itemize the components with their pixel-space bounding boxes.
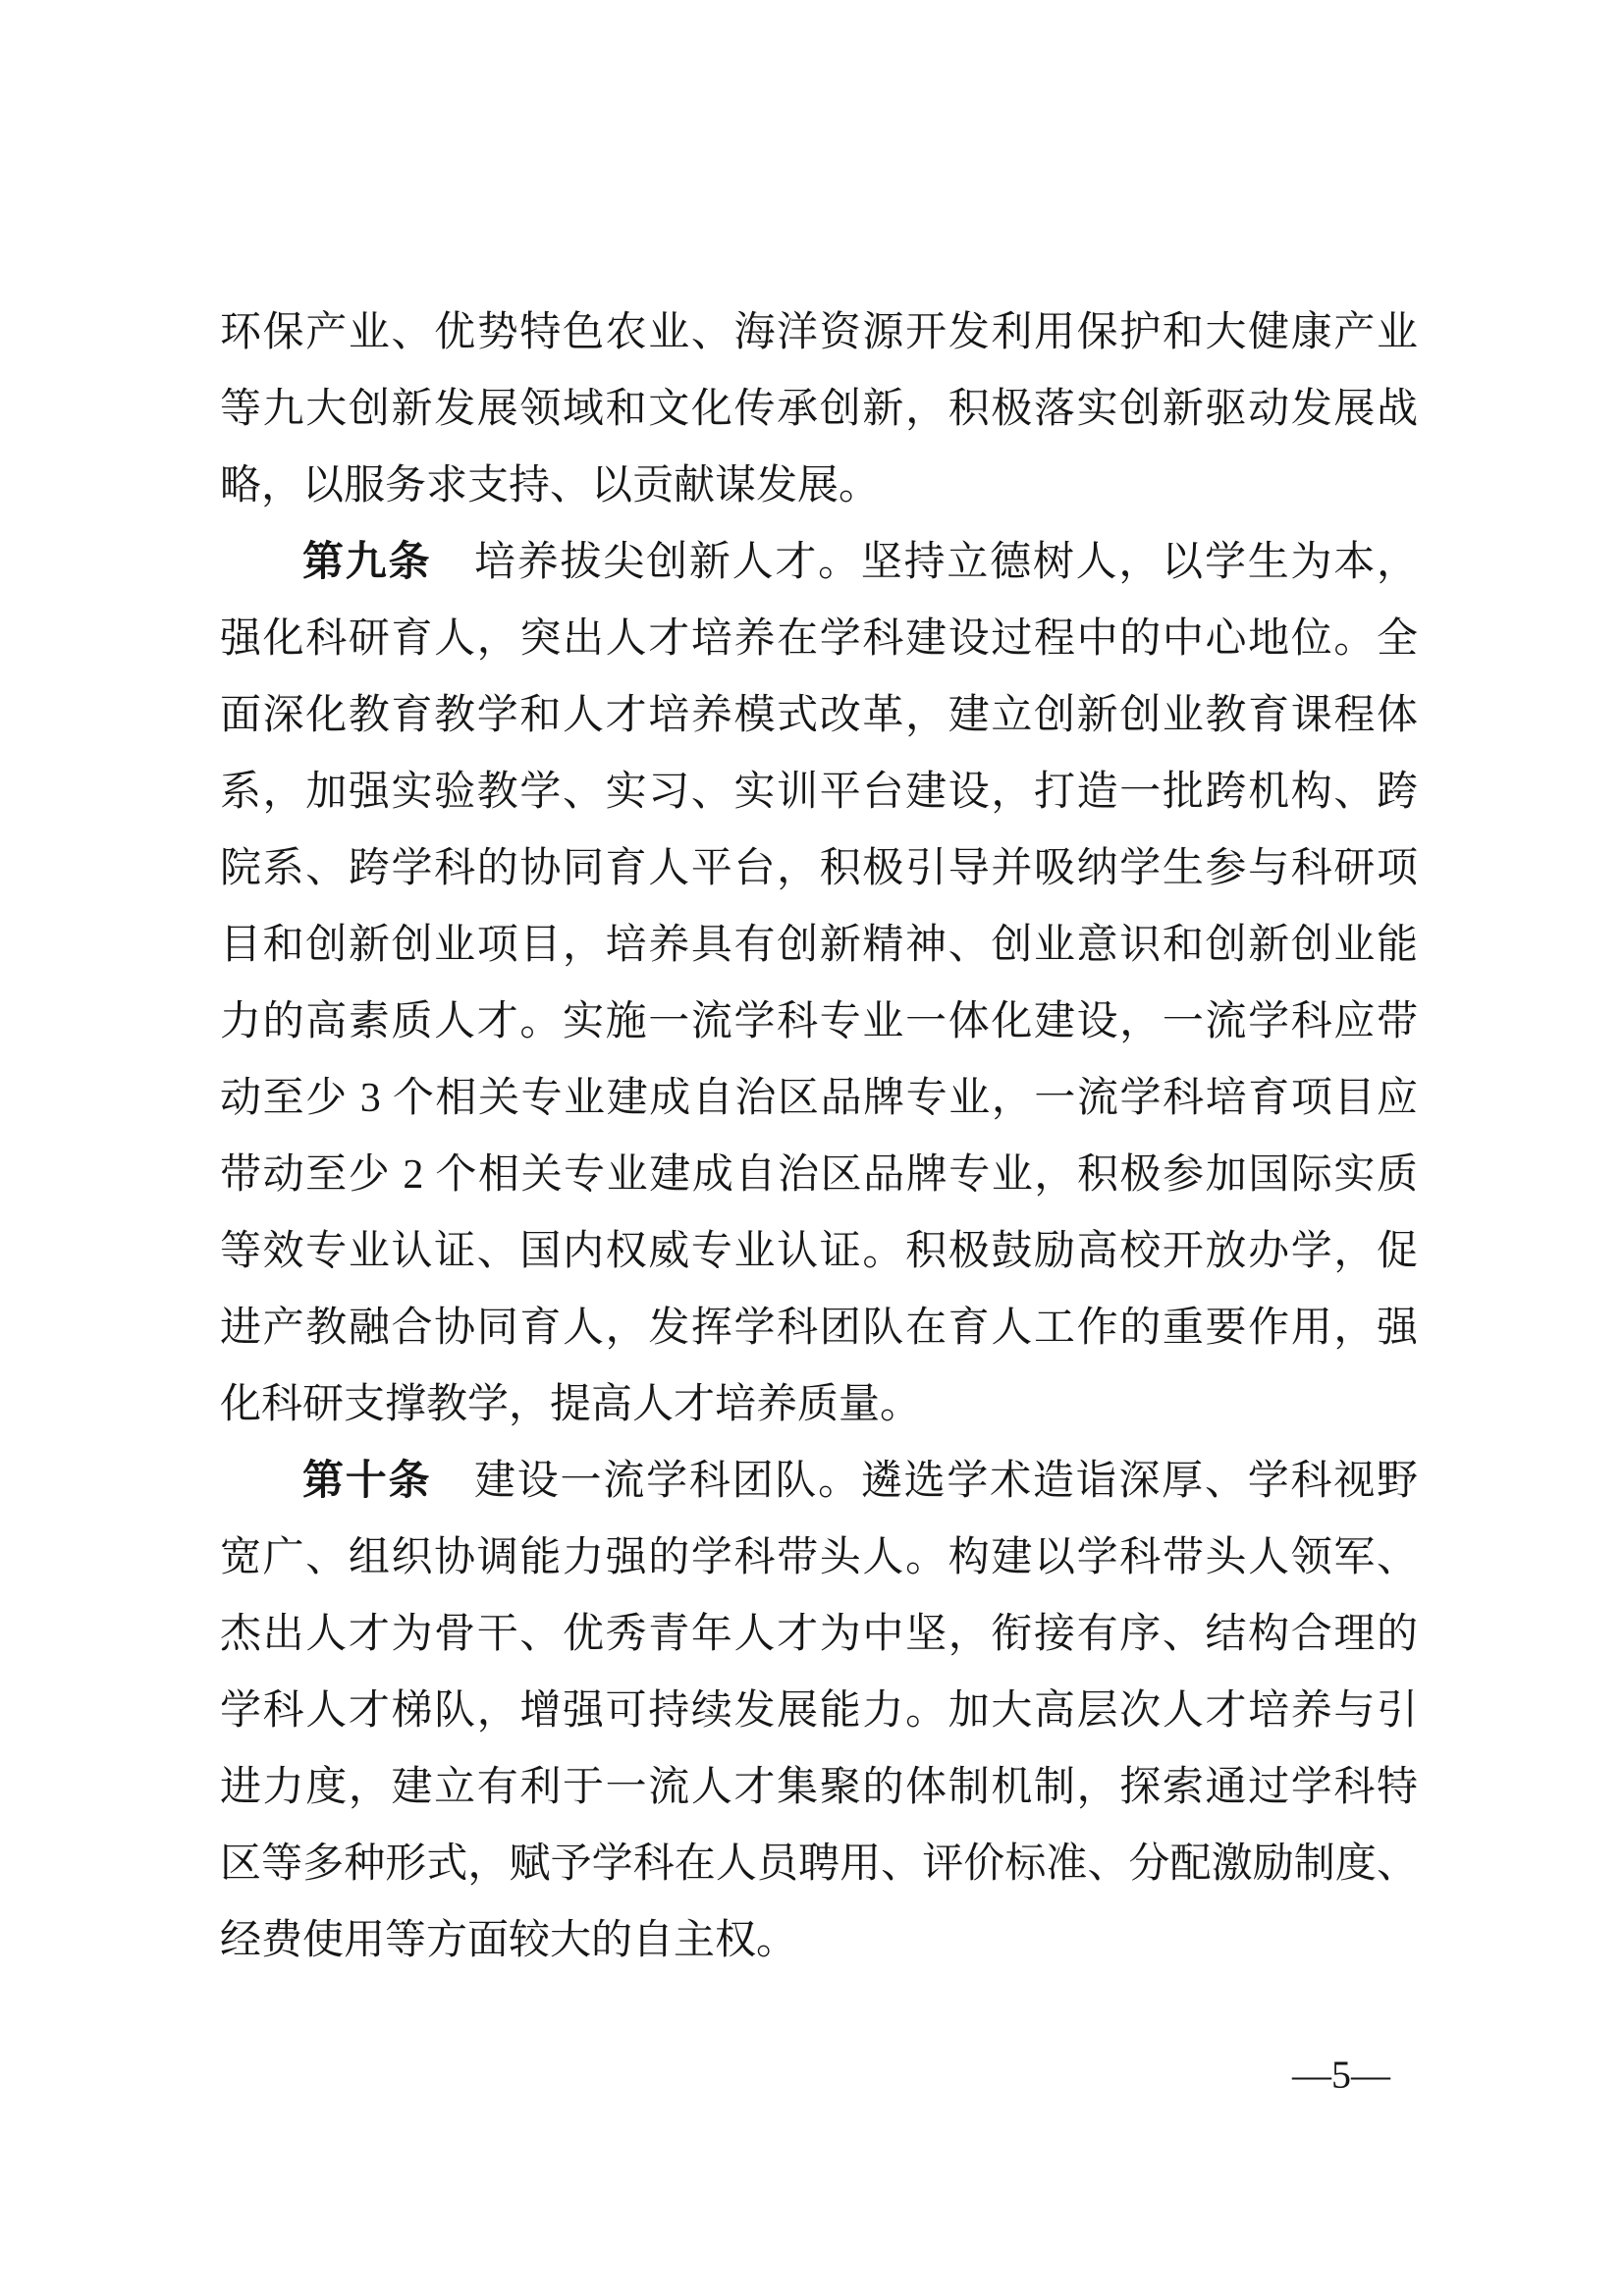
- text-line: 学科人才梯队，增强可持续发展能力。加大高层次人才培养与引: [220, 1673, 1418, 1749]
- line-text: 强化科研育人，突出人才培养在学科建设过程中的中心地位。全: [220, 616, 1418, 662]
- line-text: 宽广、组织协调能力强的学科带头人。构建以学科带头人领军、: [220, 1535, 1418, 1580]
- line-text: 杰出人才为骨干、优秀青年人才为中坚，衔接有序、结构合理的: [220, 1612, 1418, 1657]
- line-text: 建设一流学科团队。遴选学术造诣深厚、学科视野: [431, 1459, 1418, 1504]
- line-text: 环保产业、优势特色农业、海洋资源开发利用保护和大健康产业: [220, 310, 1418, 355]
- text-line: 第九条 培养拔尖创新人才。坚持立德树人，以学生为本，: [220, 524, 1418, 601]
- text-line: 经费使用等方面较大的自主权。: [220, 1902, 1418, 1979]
- article-number: 第九条: [302, 540, 431, 585]
- text-line: 环保产业、优势特色农业、海洋资源开发利用保护和大健康产业: [220, 294, 1418, 371]
- line-text: 等效专业认证、国内权威专业认证。积极鼓励高校开放办学，促: [220, 1229, 1418, 1274]
- line-text: 区等多种形式，赋予学科在人员聘用、评价标准、分配激励制度、: [220, 1842, 1418, 1887]
- text-line: 院系、跨学科的协同育人平台，积极引导并吸纳学生参与科研项: [220, 830, 1418, 907]
- line-text: 经费使用等方面较大的自主权。: [220, 1918, 797, 1963]
- line-text: 学科人才梯队，增强可持续发展能力。加大高层次人才培养与引: [220, 1688, 1418, 1734]
- text-line: 力的高素质人才。实施一流学科专业一体化建设，一流学科应带: [220, 984, 1418, 1060]
- document-body: 环保产业、优势特色农业、海洋资源开发利用保护和大健康产业等九大创新发展领域和文化…: [220, 294, 1418, 1979]
- line-text: 等九大创新发展领域和文化传承创新，积极落实创新驱动发展战: [220, 387, 1418, 432]
- line-text: 院系、跨学科的协同育人平台，积极引导并吸纳学生参与科研项: [220, 846, 1418, 891]
- text-line: 目和创新创业项目，培养具有创新精神、创业意识和创新创业能: [220, 907, 1418, 984]
- line-text: 目和创新创业项目，培养具有创新精神、创业意识和创新创业能: [220, 923, 1418, 968]
- document-page: 环保产业、优势特色农业、海洋资源开发利用保护和大健康产业等九大创新发展领域和文化…: [0, 0, 1624, 2296]
- text-line: 杰出人才为骨干、优秀青年人才为中坚，衔接有序、结构合理的: [220, 1596, 1418, 1673]
- line-text: 培养拔尖创新人才。坚持立德树人，以学生为本，: [431, 540, 1418, 585]
- line-text: 力的高素质人才。实施一流学科专业一体化建设，一流学科应带: [220, 999, 1418, 1044]
- text-line: 等效专业认证、国内权威专业认证。积极鼓励高校开放办学，促: [220, 1213, 1418, 1290]
- text-line: 面深化教育教学和人才培养模式改革，建立创新创业教育课程体: [220, 677, 1418, 754]
- line-text: 系，加强实验教学、实习、实训平台建设，打造一批跨机构、跨: [220, 770, 1418, 815]
- line-text: 略，以服务求支持、以贡献谋发展。: [220, 463, 880, 508]
- text-line: 带动至少 2 个相关专业建成自治区品牌专业，积极参加国际实质: [220, 1137, 1418, 1213]
- text-line: 进力度，建立有利于一流人才集聚的体制机制，探索通过学科特: [220, 1749, 1418, 1826]
- text-line: 宽广、组织协调能力强的学科带头人。构建以学科带头人领军、: [220, 1520, 1418, 1596]
- text-line: 略，以服务求支持、以贡献谋发展。: [220, 448, 1418, 524]
- text-line: 强化科研育人，突出人才培养在学科建设过程中的中心地位。全: [220, 601, 1418, 677]
- text-line: 等九大创新发展领域和文化传承创新，积极落实创新驱动发展战: [220, 371, 1418, 448]
- page-number-text: —5—: [1292, 2053, 1390, 2097]
- text-line: 第十条 建设一流学科团队。遴选学术造诣深厚、学科视野: [220, 1443, 1418, 1520]
- line-text: 面深化教育教学和人才培养模式改革，建立创新创业教育课程体: [220, 693, 1418, 738]
- line-text: 化科研支撑教学，提高人才培养质量。: [220, 1382, 921, 1427]
- page-number: —5—: [1292, 2054, 1390, 2097]
- text-line: 化科研支撑教学，提高人才培养质量。: [220, 1366, 1418, 1443]
- article-number: 第十条: [302, 1459, 431, 1504]
- text-line: 动至少 3 个相关专业建成自治区品牌专业，一流学科培育项目应: [220, 1060, 1418, 1137]
- text-line: 系，加强实验教学、实习、实训平台建设，打造一批跨机构、跨: [220, 754, 1418, 830]
- text-line: 进产教融合协同育人，发挥学科团队在育人工作的重要作用，强: [220, 1290, 1418, 1366]
- text-line: 区等多种形式，赋予学科在人员聘用、评价标准、分配激励制度、: [220, 1826, 1418, 1902]
- line-text: 带动至少 2 个相关专业建成自治区品牌专业，积极参加国际实质: [220, 1152, 1418, 1198]
- line-text: 进力度，建立有利于一流人才集聚的体制机制，探索通过学科特: [220, 1765, 1418, 1810]
- line-text: 进产教融合协同育人，发挥学科团队在育人工作的重要作用，强: [220, 1306, 1418, 1351]
- line-text: 动至少 3 个相关专业建成自治区品牌专业，一流学科培育项目应: [220, 1076, 1418, 1121]
